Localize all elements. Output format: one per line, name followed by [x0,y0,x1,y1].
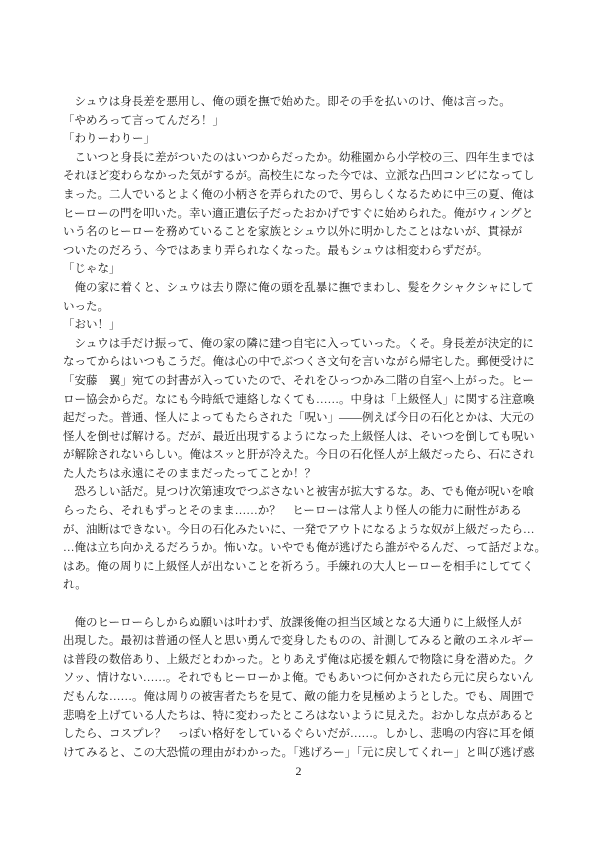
text-line: シュウは手だけ振って、俺の家の隣に建つ自宅に入っていった。くそ。身長差が決定的に [63,335,534,354]
text-line: 出現した。最初は普通の怪人と思い勇んで変身したものの、計測してみると敵のエネルギ… [63,632,534,651]
text-line: 怪人を倒せば解ける。だが、最近出現するようになった上級怪人は、そいつを倒しても呪… [63,428,534,447]
text-line: 「じゃな」 [63,260,534,279]
text-line: ついたのだろう、今ではあまり弄られなくなった。最もシュウは相変わらずだが。 [63,242,534,261]
text-line: なってからはいつもこうだ。俺は心の中でぶつくさ文句を言いながら帰宅した。郵便受け… [63,353,534,372]
text-line: 「やめろって言ってんだろ！」 [63,112,534,131]
text-line: が、油断はできない。今日の石化みたいに、一発でアウトになるような奴が上級だったら… [63,521,534,540]
text-line: それほど変わらなかった気がするが。高校生になった今では、立派な凸凹コンビになって… [63,167,534,186]
text-line: 「わりーわりー」 [63,130,534,149]
text-line: したら、コスプレ？ っぽい格好をしているぐらいだが……。しかし、悲鳴の内容に耳を… [63,725,534,744]
text-line: はあ。俺の周りに上級怪人が出ないことを祈ろう。手練れの大人ヒーローを相手にしてて… [63,558,534,577]
text-line: 起だった。普通、怪人によってもたらされた「呪い」――例えば今日の石化とかは、大元… [63,409,534,428]
text-lines: シュウは身長差を悪用し、俺の頭を撫で始めた。即その手を払いのけ、俺は言った。「や… [63,93,534,762]
text-line: ロー協会からだ。なにも今時紙で連絡しなくても……。中身は「上級怪人」に関する注意… [63,391,534,410]
text-line: シュウは身長差を悪用し、俺の頭を撫で始めた。即その手を払いのけ、俺は言った。 [63,93,534,112]
text-line: 「おい！」 [63,316,534,335]
text-line: まった。二人でいるとよく俺の小柄さを弄られたので、男らしくなるために中三の夏、俺… [63,186,534,205]
text-line: は普段の数倍あり、上級だとわかった。とりあえず俺は応援を頼んで物陰に身を潜めた。… [63,651,534,670]
text-line: こいつと身長に差がついたのはいつからだったか。幼稚園から小学校の三、四年生までは [63,149,534,168]
text-line: ヒーローの門を叩いた。幸い適正遺伝子だったおかげですぐに始められた。俺がウィング… [63,205,534,224]
page-number: 2 [63,762,534,781]
text-line: いった。 [63,298,534,317]
text-line: 「安藤 翼」宛ての封書が入っていたので、それをひっつかみ二階の自室へ上がった。ヒ… [63,372,534,391]
text-line: が解除されないらしい。俺はスッと肝が冷えた。今日の石化怪人が上級だったら、石にさ… [63,446,534,465]
manuscript-page: シュウは身長差を悪用し、俺の頭を撫で始めた。即その手を払いのけ、俺は言った。「や… [0,0,595,842]
text-line: いう名のヒーローを務めていることを家族とシュウ以外に明かしたことはないが、貫禄が [63,223,534,242]
text-line: 俺の家に着くと、シュウは去り際に俺の頭を乱暴に撫でまわし、髪をクシャクシャにして [63,279,534,298]
text-line: 悲鳴を上げている人たちは、特に変わったところはないように見えた。おかしな点がある… [63,707,534,726]
text-line: けてみると、この大恐慌の理由がわかった。「逃げろー」「元に戻してくれー」と叫び逃… [63,744,534,763]
text-line: 恐ろしい話だ。見つけ次第速攻でつぶさないと被害が拡大するな。あ、でも俺が呪いを喰 [63,483,534,502]
text-line: れ。 [63,576,534,595]
text-line [63,595,534,614]
text-line: ソッ、情けない……。それでもヒーローかよ俺。でもあいつに何かされたら元に戻らない… [63,669,534,688]
body-text: シュウは身長差を悪用し、俺の頭を撫で始めた。即その手を払いのけ、俺は言った。「や… [63,93,534,781]
text-line: …俺は立ち向かえるだろうか。怖いな。いやでも俺が逃げたら誰がやるんだ、って話だよ… [63,539,534,558]
text-line: らったら、それもずっとそのまま……か？ ヒーローは常人より怪人の能力に耐性がある [63,502,534,521]
text-line: 俺のヒーローらしからぬ願いは叶わず、放課後俺の担当区域となる大通りに上級怪人が [63,614,534,633]
text-line: だもんな……。俺は周りの被害者たちを見て、敵の能力を見極めようとした。でも、周囲… [63,688,534,707]
text-line: た人たちは永遠にそのままだったってことか！？ [63,465,534,484]
